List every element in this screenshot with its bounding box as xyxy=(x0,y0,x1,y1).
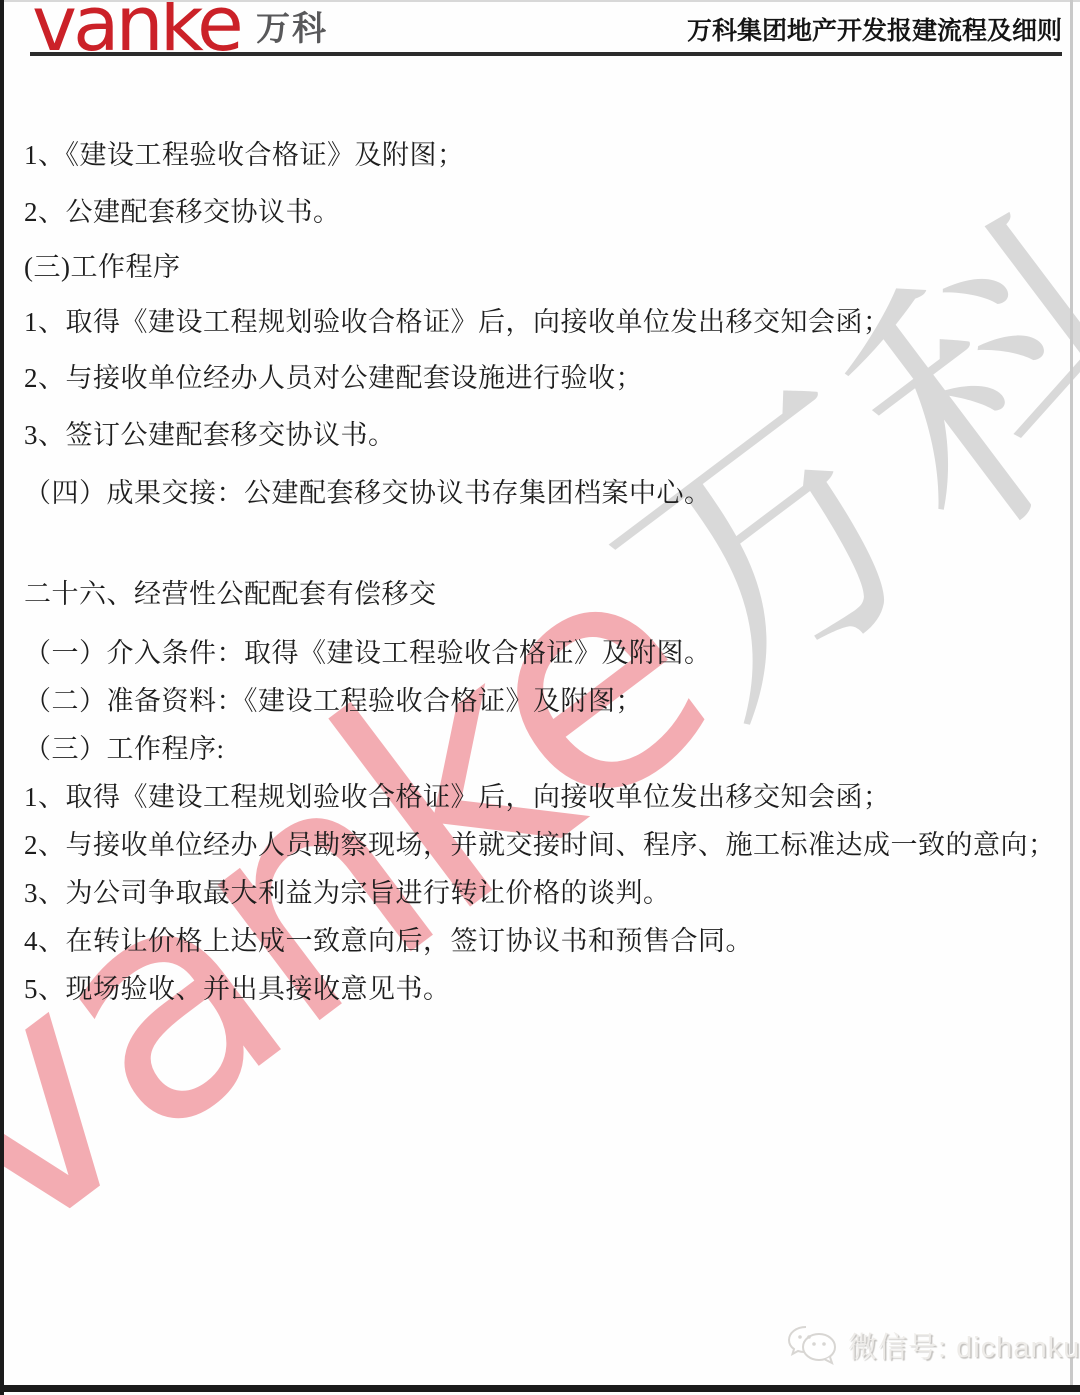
doc-line: （三）工作程序: xyxy=(24,736,225,763)
doc-line: 1、取得《建设工程规划验收合格证》后，向接收单位发出移交知会函； xyxy=(24,309,891,336)
doc-line: 2、公建配套移交协议书。 xyxy=(24,199,341,226)
doc-line: 4、在转让价格上达成一致意向后，签订协议书和预售合同。 xyxy=(24,928,753,955)
doc-line: 5、现场验收、并出具接收意见书。 xyxy=(24,976,451,1003)
watermark-cjk-text: 万科 xyxy=(563,156,1080,771)
doc-line: 2、与接收单位经办人员勘察现场，并就交接时间、程序、施工标准达成一致的意向； xyxy=(24,832,1056,859)
doc-line: 1、取得《建设工程规划验收合格证》后，向接收单位发出移交知会函； xyxy=(24,784,891,811)
section-heading: 二十六、经营性公配配套有偿移交 xyxy=(24,581,437,608)
wechat-stamp: 微信号: dichanku xyxy=(786,1324,1080,1366)
doc-line: 3、为公司争取最大利益为宗旨进行转让价格的谈判。 xyxy=(24,880,671,907)
doc-line: （一）介入条件：取得《建设工程验收合格证》及附图。 xyxy=(24,640,712,667)
wechat-icon xyxy=(786,1324,840,1366)
document-page: vanke万科 vanke 万科 万科集团地产开发报建流程及细则 1、《建设工程… xyxy=(0,0,1080,1395)
document-title: 万科集团地产开发报建流程及细则 xyxy=(687,17,1062,47)
doc-line: （二）准备资料：《建设工程验收合格证》及附图； xyxy=(24,688,643,715)
page-edge-bottom xyxy=(0,1385,1080,1392)
doc-line: 2、与接收单位经办人员对公建配套设施进行验收； xyxy=(24,365,643,392)
doc-line: （四）成果交接：公建配套移交协议书存集团档案中心。 xyxy=(24,480,712,507)
page-edge-right xyxy=(1070,0,1073,1388)
doc-line: 1、《建设工程验收合格证》及附图； xyxy=(24,142,465,169)
vanke-logo-cjk: 万科 xyxy=(256,12,328,46)
doc-line: (三)工作程序 xyxy=(24,254,180,281)
page-edge-left xyxy=(0,0,4,1395)
page-edge-top xyxy=(0,0,1080,2)
header-divider xyxy=(30,52,1062,56)
wechat-id-label: 微信号: dichanku xyxy=(848,1325,1080,1366)
doc-line: 3、签订公建配套移交协议书。 xyxy=(24,422,396,449)
